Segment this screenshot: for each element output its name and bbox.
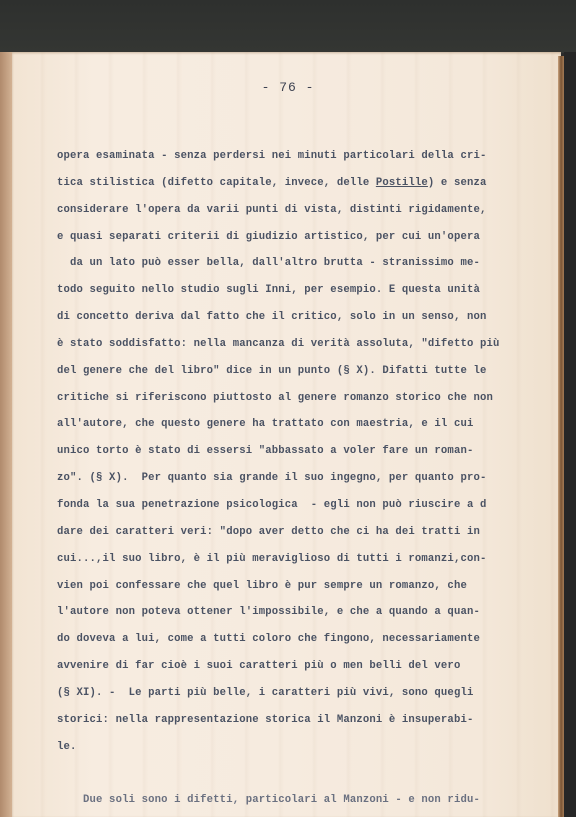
text-line: unico torto è stato di essersi "abbassat… (57, 438, 527, 465)
text-segment: ) e senza (428, 177, 487, 189)
text-line: e quasi separati criterii di giudizio ar… (57, 224, 527, 251)
text-line: del genere che del libro" dice in un pun… (57, 358, 527, 385)
text-line: avvenire di far cioè i suoi caratteri pi… (57, 653, 527, 680)
text-line: storici: nella rappresentazione storica … (57, 707, 527, 734)
scanner-background (0, 0, 576, 53)
text-line: todo seguito nello studio sugli Inni, pe… (57, 277, 527, 304)
scanner-background-right (564, 52, 576, 817)
text-line: considerare l'opera da varii punti di vi… (57, 197, 527, 224)
text-segment: tica stilistica (difetto capitale, invec… (57, 177, 376, 189)
text-line (57, 760, 527, 787)
text-line: all'autore, che questo genere ha trattat… (57, 411, 527, 438)
text-line: cui...,il suo libro, è il più meraviglio… (57, 546, 527, 573)
text-line: do doveva a lui, come a tutti coloro che… (57, 626, 527, 653)
text-line: critiche si riferiscono piuttosto al gen… (57, 385, 527, 412)
underlined-title: Postille (376, 177, 428, 189)
text-line: opera esaminata - senza perdersi nei min… (57, 143, 527, 170)
typewritten-body: opera esaminata - senza perdersi nei min… (57, 143, 527, 814)
text-line: zo". (§ X). Per quanto sia grande il suo… (57, 465, 527, 492)
text-line: (§ XI). - Le parti più belle, i caratter… (57, 680, 527, 707)
text-line: tica stilistica (difetto capitale, invec… (57, 170, 527, 197)
text-line: vien poi confessare che quel libro è pur… (57, 573, 527, 600)
text-line: Due soli sono i difetti, particolari al … (57, 787, 527, 814)
text-line: l'autore non poteva ottener l'impossibil… (57, 599, 527, 626)
text-line: di concetto deriva dal fatto che il crit… (57, 304, 527, 331)
text-line: dare dei caratteri veri: "dopo aver dett… (57, 519, 527, 546)
page-number: - 76 - (0, 80, 576, 95)
text-line: è stato soddisfatto: nella mancanza di v… (57, 331, 527, 358)
text-line: da un lato può esser bella, dall'altro b… (57, 250, 527, 277)
text-line: fonda la sua penetrazione psicologica - … (57, 492, 527, 519)
text-line: le. (57, 734, 527, 761)
